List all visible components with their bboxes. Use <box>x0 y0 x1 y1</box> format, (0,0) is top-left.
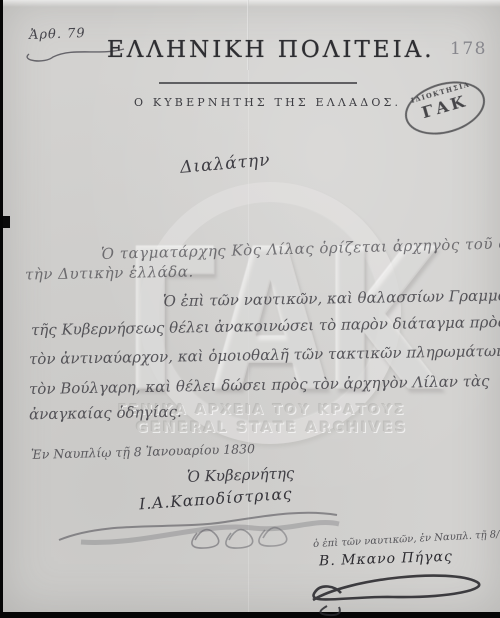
manuscript-line: Ὁ ἐπὶ τῶν ναυτικῶν, καὶ θαλασσίων Γραμμα… <box>163 286 500 311</box>
watermark-text-english: GENERAL STATE ARCHIVES <box>136 420 408 436</box>
header-rule <box>159 82 357 84</box>
archive-page-number: 178 <box>450 39 487 59</box>
manuscript-line: τὸν Βούλγαρη, καὶ θέλει δώσει πρὸς τὸν ἀ… <box>29 372 490 398</box>
paper-top-edge <box>3 0 500 7</box>
scan-edge-notch <box>3 216 10 228</box>
ref-number: Ἀρθ. 79 <box>29 26 86 43</box>
letterhead-title: ΕΛΛΗΝΙΚΗ ΠΟΛΙΤΕΙΑ. <box>107 37 435 63</box>
manuscript-salutation: Διαλάτην <box>179 150 271 178</box>
manuscript-line: τὴν Δυτικὴν ἑλλάδα. <box>25 263 194 284</box>
manuscript-line: τῆς Κυβερνήσεως θέλει ἀνακοινώσει τὸ παρ… <box>31 313 500 339</box>
signer-title: Ὁ Κυβερνήτης <box>187 464 295 486</box>
manuscript-line: τὸν ἀντιναύαρχον, καὶ ὁμοιοθαλῆ τῶν τακτ… <box>29 342 500 368</box>
governor-subtitle: Ο ΚΥΒΕΡΝΗΤΗΣ ΤΗΣ ΕΛΛΑΔΟΣ. <box>134 96 401 109</box>
governor-signature-flourish <box>53 500 353 552</box>
secretary-signature-flourish <box>301 562 497 617</box>
gak-property-stamp-icon: ΙΔΙΟΚΤΗΣΙΑ ΓΑΚ <box>399 73 492 144</box>
manuscript-line: Ὁ ταγματάρχης Κὸς Λίλας ὁρίζεται ἀρχηγὸς… <box>101 231 500 263</box>
document-page: ΓΑΚ ΓΕΝΙΚΑ ΑΡΧΕΙΑ ΤΟΥ ΚΡΑΤΟΥΣ GENERAL ST… <box>3 0 500 612</box>
manuscript-line: ἀναγκαίας ὁδηγίας. <box>29 403 182 424</box>
manuscript-dateline: Ἐν Ναυπλίῳ τῇ 8 Ἰανουαρίου 1830 <box>31 441 255 462</box>
